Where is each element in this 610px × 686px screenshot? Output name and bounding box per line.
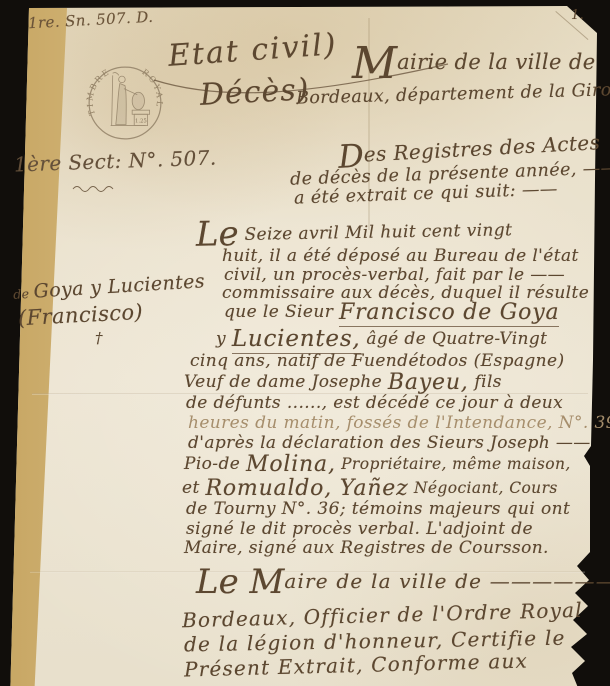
body-line-12: Pio-de Molina, Propriétaire, même maison… [184, 452, 571, 477]
stamp-left-text: TIMBRE [84, 66, 112, 117]
body-line-9: de défunts ......, est décédé ce jour à … [186, 394, 563, 414]
page-number: 1. [571, 9, 584, 24]
closing-initial: Le M [196, 562, 284, 602]
body-line-13-post: Négociant, Cours [409, 479, 558, 497]
heading-deces: Décès) [199, 73, 310, 113]
yanez-name: Romualdo, Yañez [206, 476, 409, 501]
photo-background: 1re. Sn. 507. D. 1. TIMBRE ROYAL 1.25 Et… [0, 0, 610, 686]
body-line-2: huit, il a été déposé au Bureau de l'éta… [222, 247, 579, 267]
goya-name: Francisco de Goya [339, 300, 559, 327]
body-line-16: Maire, signé aux Registres de Coursson. [184, 539, 549, 559]
body-line-7: cinq ans, natif de Fuendétodos (Espagne) [190, 352, 565, 372]
body-line-14: de Tourny N°. 36; témoins majeurs qui on… [186, 500, 570, 520]
margin-cross-mark: † [95, 330, 103, 347]
body-line-5-pre: que le Sieur [224, 302, 339, 322]
mairie-initial: M [352, 38, 397, 89]
body-line-15: signé le dit procès verbal. L'adjoint de [186, 520, 533, 540]
body-line-8: Veuf de dame Josephe Bayeu, fils [184, 370, 502, 395]
margin-name-prefix: de [13, 286, 34, 302]
body-line-5: que le Sieur Francisco de Goya [224, 300, 559, 325]
body-line-12-pre: Pio-de [184, 454, 246, 474]
stamp-value: 1.25 [135, 118, 147, 124]
body-line-6-pre: y [216, 329, 232, 349]
closing-line-1: Le Maire de la ville de —————— [196, 570, 610, 593]
bayeu-name: Bayeu, [388, 370, 469, 395]
body-line-6: y Lucientes, âgé de Quatre-Vingt [216, 326, 547, 352]
body-line-8-post: fils [469, 372, 502, 392]
body-line-13-pre: et [182, 478, 206, 498]
closing-line-1-text: aire de la ville de —————— [284, 569, 610, 593]
body-line-13: et Romualdo, Yañez Négociant, Cours [182, 476, 558, 501]
royal-timbre-stamp-icon: TIMBRE ROYAL 1.25 [84, 62, 166, 144]
body-line-10: heures du matin, fossés de l'Intendance,… [188, 414, 610, 434]
body-line-11: d'après la déclaration des Sieurs Joseph… [188, 434, 591, 454]
mairie-text: airie de la ville de [397, 50, 596, 74]
body-line-12-post: Propriétaire, même maison, [336, 455, 571, 473]
lucientes-name: Lucientes, [232, 326, 361, 354]
svg-text:TIMBRE: TIMBRE [84, 66, 112, 117]
body-line-1-text: Seize avril Mil huit cent vingt [239, 220, 513, 245]
molina-name: Molina, [246, 452, 336, 477]
body-line-6-post: âgé de Quatre-Vingt [361, 329, 548, 349]
body-line-8-pre: Veuf de dame Josephe [184, 372, 388, 392]
heading-mairie: Mairie de la ville de [352, 50, 596, 74]
